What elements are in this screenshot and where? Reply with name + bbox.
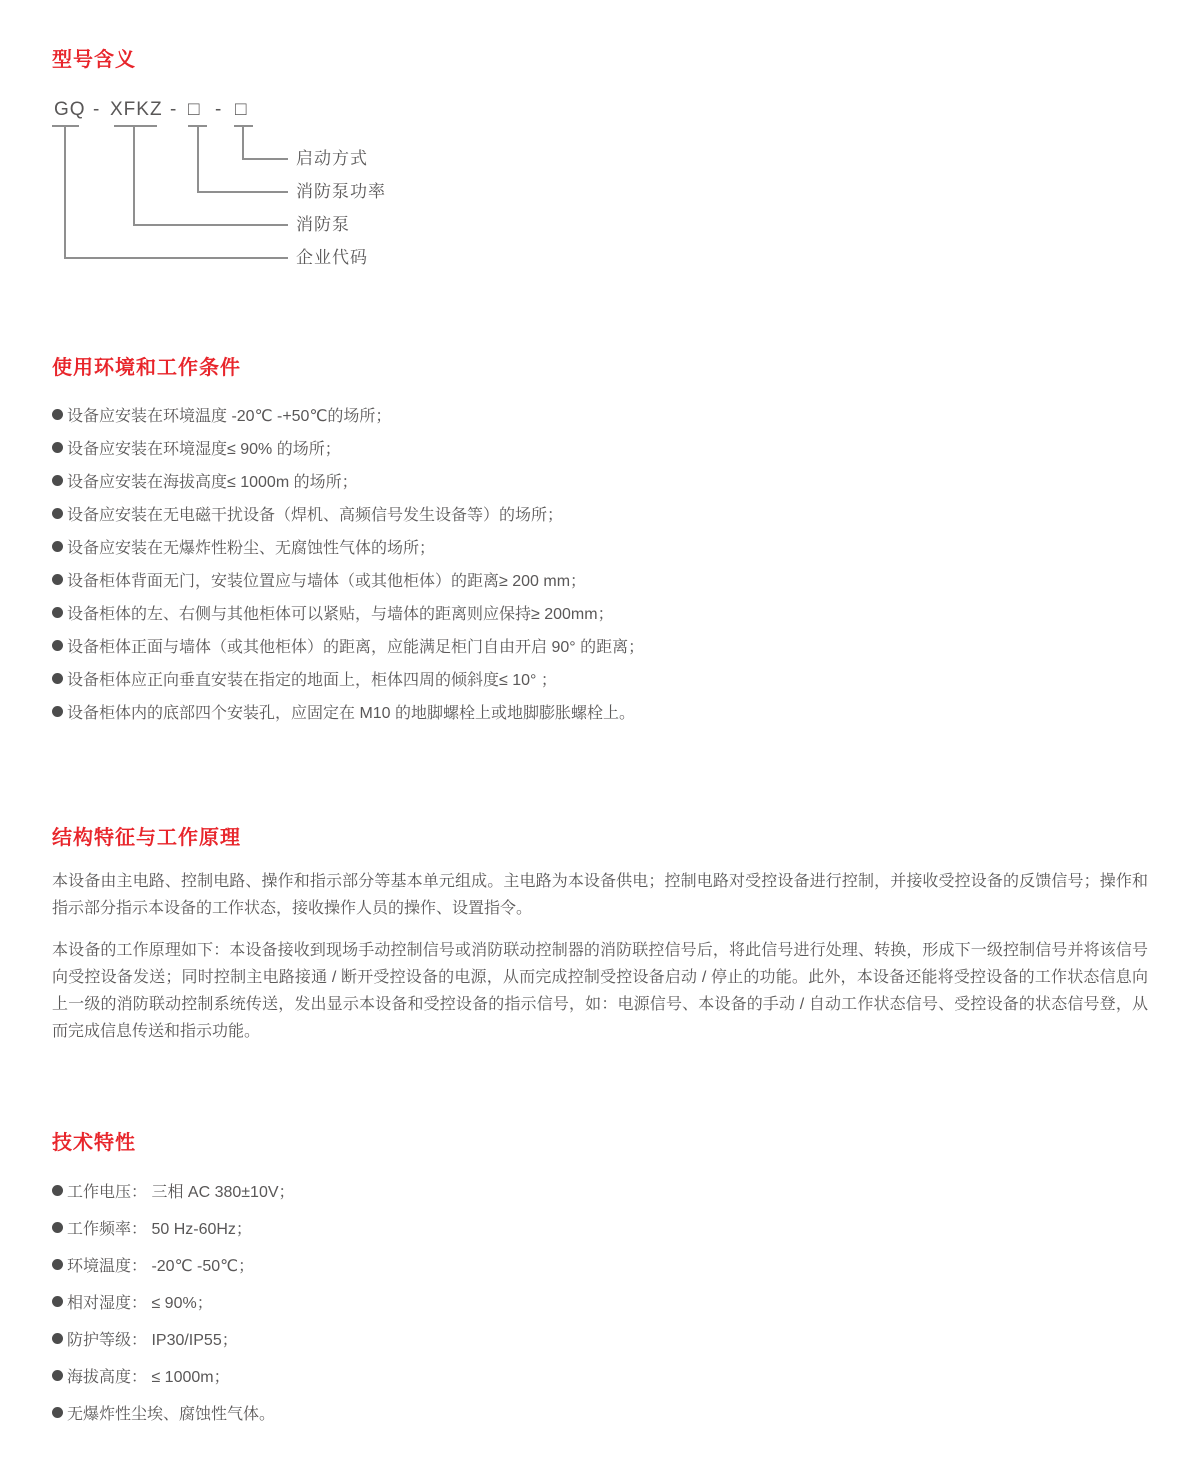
list-item: 海拔高度： ≤ 1000m； [52,1357,295,1394]
callout-pump-power: 消防泵功率 [296,183,386,201]
model-code-pump: XFKZ [110,98,163,122]
bullet-icon [52,1296,63,1307]
list-item: 相对湿度： ≤ 90%； [52,1283,295,1320]
bullet-icon [52,1222,63,1233]
bullet-icon [52,1407,63,1418]
connector-horizontal-power [197,191,288,193]
list-item: 设备应安装在海拔高度≤ 1000m 的场所； [52,464,644,497]
callout-company-code: 企业代码 [296,249,368,267]
list-item-text: 无爆炸性尘埃、腐蚀性气体。 [67,1401,275,1424]
list-item-text: 防护等级： IP30/IP55； [67,1327,238,1350]
list-item-text: 相对湿度： ≤ 90%； [67,1290,213,1313]
connector-vertical-pump [133,125,135,226]
list-item-text: 工作电压： 三相 AC 380±10V； [67,1179,295,1202]
connector-horizontal-start [242,158,288,160]
list-item-text: 环境温度： -20℃ -50℃； [67,1253,254,1276]
bullet-icon [52,607,63,618]
bullet-icon [52,1370,63,1381]
bullet-icon [52,1185,63,1196]
list-item-text: 设备柜体背面无门，安装位置应与墙体（或其他柜体）的距离≥ 200 mm； [67,568,586,591]
bullet-icon [52,442,63,453]
list-item: 设备柜体应正向垂直安装在指定的地面上，柜体四周的倾斜度≤ 10° ； [52,662,644,695]
list-item-text: 设备柜体应正向垂直安装在指定的地面上，柜体四周的倾斜度≤ 10° ； [67,667,557,690]
bullet-icon [52,541,63,552]
callout-start-mode: 启动方式 [296,150,368,168]
technical-list: 工作电压： 三相 AC 380±10V； 工作频率： 50 Hz-60Hz； 环… [52,1172,295,1431]
bullet-icon [52,706,63,717]
model-code-dash: - [93,98,100,122]
model-code-dash: - [170,98,177,122]
bullet-icon [52,475,63,486]
structure-paragraph: 本设备由主电路、控制电路、操作和指示部分等基本单元组成。主电路为本设备供电；控制… [52,868,1148,922]
bullet-icon [52,1333,63,1344]
model-code-dash: - [215,98,222,122]
connector-horizontal-company [64,257,288,259]
list-item: 设备柜体背面无门，安装位置应与墙体（或其他柜体）的距离≥ 200 mm； [52,563,644,596]
list-item: 设备应安装在无电磁干扰设备（焊机、高频信号发生设备等）的场所； [52,497,644,530]
bullet-icon [52,640,63,651]
list-item: 防护等级： IP30/IP55； [52,1320,295,1357]
list-item-text: 设备应安装在无爆炸性粉尘、无腐蚀性气体的场所； [67,535,435,558]
callout-fire-pump: 消防泵 [296,216,350,234]
bullet-icon [52,673,63,684]
list-item-text: 设备柜体内的底部四个安装孔，应固定在 M10 的地脚螺栓上或地脚膨胀螺栓上。 [67,700,635,723]
list-item-text: 设备应安装在海拔高度≤ 1000m 的场所； [67,469,358,492]
connector-vertical-power [197,125,199,193]
list-item: 设备柜体的左、右侧与其他柜体可以紧贴，与墙体的距离则应保持≥ 200mm； [52,596,644,629]
section-title-environment: 使用环境和工作条件 [52,356,241,380]
underline-pump [114,125,157,127]
list-item-text: 设备柜体的左、右侧与其他柜体可以紧贴，与墙体的距离则应保持≥ 200mm； [67,601,614,624]
model-code-power-box: □ [188,98,200,122]
structure-paragraph: 本设备的工作原理如下：本设备接收到现场手动控制信号或消防联动控制器的消防联控信号… [52,937,1148,1045]
model-code-start-box: □ [235,98,247,122]
list-item: 环境温度： -20℃ -50℃； [52,1246,295,1283]
list-item: 工作电压： 三相 AC 380±10V； [52,1172,295,1209]
section-title-model-meaning: 型号含义 [52,48,136,72]
connector-vertical-start [242,125,244,160]
model-code-company: GQ [54,98,86,122]
list-item-text: 海拔高度： ≤ 1000m； [67,1364,230,1387]
section-title-technical: 技术特性 [52,1131,136,1155]
list-item: 设备应安装在无爆炸性粉尘、无腐蚀性气体的场所； [52,530,644,563]
list-item: 无爆炸性尘埃、腐蚀性气体。 [52,1394,295,1431]
environment-list: 设备应安装在环境温度 -20℃ -+50℃的场所； 设备应安装在环境湿度≤ 90… [52,398,644,728]
list-item-text: 设备应安装在环境温度 -20℃ -+50℃的场所； [67,403,391,426]
list-item-text: 设备应安装在无电磁干扰设备（焊机、高频信号发生设备等）的场所； [67,502,563,525]
structure-paragraphs: 本设备由主电路、控制电路、操作和指示部分等基本单元组成。主电路为本设备供电；控制… [52,868,1148,1060]
bullet-icon [52,409,63,420]
bullet-icon [52,508,63,519]
list-item: 设备应安装在环境温度 -20℃ -+50℃的场所； [52,398,644,431]
list-item: 设备柜体正面与墙体（或其他柜体）的距离，应能满足柜门自由开启 90° 的距离； [52,629,644,662]
list-item-text: 设备应安装在环境湿度≤ 90% 的场所； [67,436,341,459]
connector-horizontal-pump [133,224,288,226]
section-title-structure: 结构特征与工作原理 [52,826,241,850]
model-code-diagram: GQ - XFKZ - □ - □ 启动方式 消防泵功率 消防泵 企业代码 [52,96,532,281]
connector-vertical-company [64,125,66,259]
bullet-icon [52,574,63,585]
list-item-text: 设备柜体正面与墙体（或其他柜体）的距离，应能满足柜门自由开启 90° 的距离； [67,634,644,657]
list-item: 设备应安装在环境湿度≤ 90% 的场所； [52,431,644,464]
list-item: 设备柜体内的底部四个安装孔，应固定在 M10 的地脚螺栓上或地脚膨胀螺栓上。 [52,695,644,728]
bullet-icon [52,1259,63,1270]
list-item-text: 工作频率： 50 Hz-60Hz； [67,1216,252,1239]
list-item: 工作频率： 50 Hz-60Hz； [52,1209,295,1246]
